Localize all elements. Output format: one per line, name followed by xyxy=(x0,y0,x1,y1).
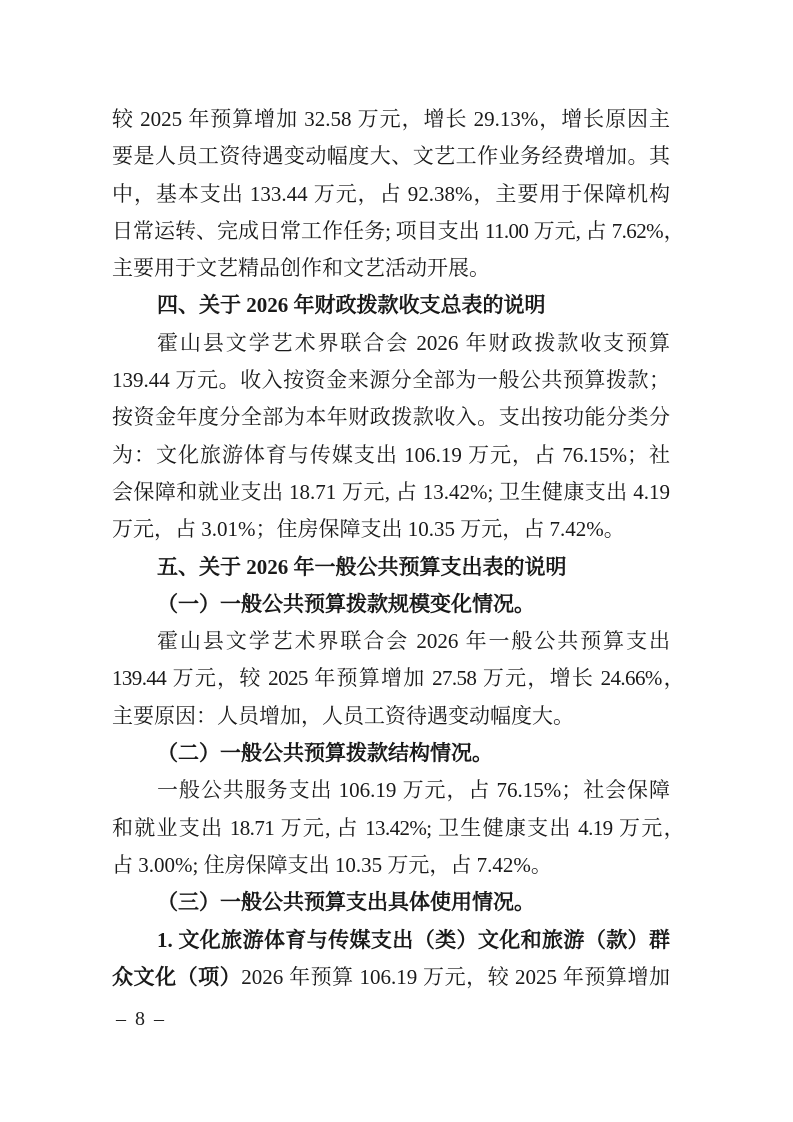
heading-section-5: 五、关于 2026 年一般公共预算支出表的说明 xyxy=(112,549,670,586)
item-1-heading-line-2: 众文化（项）2026 年预算 106.19 万元，较 2025 年预算增加 xyxy=(112,959,670,996)
heading-section-4: 四、关于 2026 年财政拨款收支总表的说明 xyxy=(112,287,670,324)
body-line-fiscal-summary-6: 万元，占 3.01%；住房保障支出 10.35 万元，占 7.42%。 xyxy=(112,511,670,548)
body-line-fiscal-summary-3: 按资金年度分全部为本年财政拨款收入。支出按功能分类分 xyxy=(112,399,670,436)
body-line-scale-change-1: 霍山县文学艺术界联合会 2026 年一般公共预算支出 xyxy=(112,623,670,660)
bold-text-segment: 众文化（项） xyxy=(112,965,241,989)
subheading-5-3: （三）一般公共预算支出具体使用情况。 xyxy=(112,884,670,921)
body-line-structure-1: 一般公共服务支出 106.19 万元，占 76.15%；社会保障 xyxy=(112,772,670,809)
subheading-5-2: （二）一般公共预算拨款结构情况。 xyxy=(112,735,670,772)
body-line-expense-growth-4: 日常运转、完成日常工作任务; 项目支出 11.00 万元, 占 7.62%， xyxy=(112,213,684,250)
body-line-scale-change-2: 139.44 万元，较 2025 年预算增加 27.58 万元，增长 24.66… xyxy=(112,660,684,697)
page-number: – 8 – xyxy=(116,1008,166,1031)
document-page: 较 2025 年预算增加 32.58 万元，增长 29.13%，增长原因主要是人… xyxy=(0,0,793,1122)
body-line-expense-growth-1: 较 2025 年预算增加 32.58 万元，增长 29.13%，增长原因主 xyxy=(112,101,670,138)
body-line-expense-growth-3: 中，基本支出 133.44 万元，占 92.38%，主要用于保障机构 xyxy=(112,176,670,213)
item-1-heading-line-1: 1. 文化旅游体育与传媒支出（类）文化和旅游（款）群 xyxy=(112,922,670,959)
body-line-structure-3: 占 3.00%; 住房保障支出 10.35 万元，占 7.42%。 xyxy=(112,847,670,884)
body-line-fiscal-summary-4: 为：文化旅游体育与传媒支出 106.19 万元，占 76.15%；社 xyxy=(112,437,670,474)
subheading-5-1: （一）一般公共预算拨款规模变化情况。 xyxy=(112,586,670,623)
text-block: 较 2025 年预算增加 32.58 万元，增长 29.13%，增长原因主要是人… xyxy=(112,101,670,996)
body-line-expense-growth-5: 主要用于文艺精品创作和文艺活动开展。 xyxy=(112,250,670,287)
body-line-expense-growth-2: 要是人员工资待遇变动幅度大、文艺工作业务经费增加。其 xyxy=(112,138,670,175)
body-line-fiscal-summary-2: 139.44 万元。收入按资金来源分全部为一般公共预算拨款； xyxy=(112,362,670,399)
body-line-fiscal-summary-1: 霍山县文学艺术界联合会 2026 年财政拨款收支预算 xyxy=(112,325,670,362)
body-line-structure-2: 和就业支出 18.71 万元, 占 13.42%; 卫生健康支出 4.19 万元… xyxy=(112,810,684,847)
text-segment: 2026 年预算 106.19 万元，较 2025 年预算增加 xyxy=(241,965,670,989)
body-line-fiscal-summary-5: 会保障和就业支出 18.71 万元, 占 13.42%; 卫生健康支出 4.19 xyxy=(112,474,670,511)
body-line-scale-change-3: 主要原因：人员增加，人员工资待遇变动幅度大。 xyxy=(112,698,670,735)
